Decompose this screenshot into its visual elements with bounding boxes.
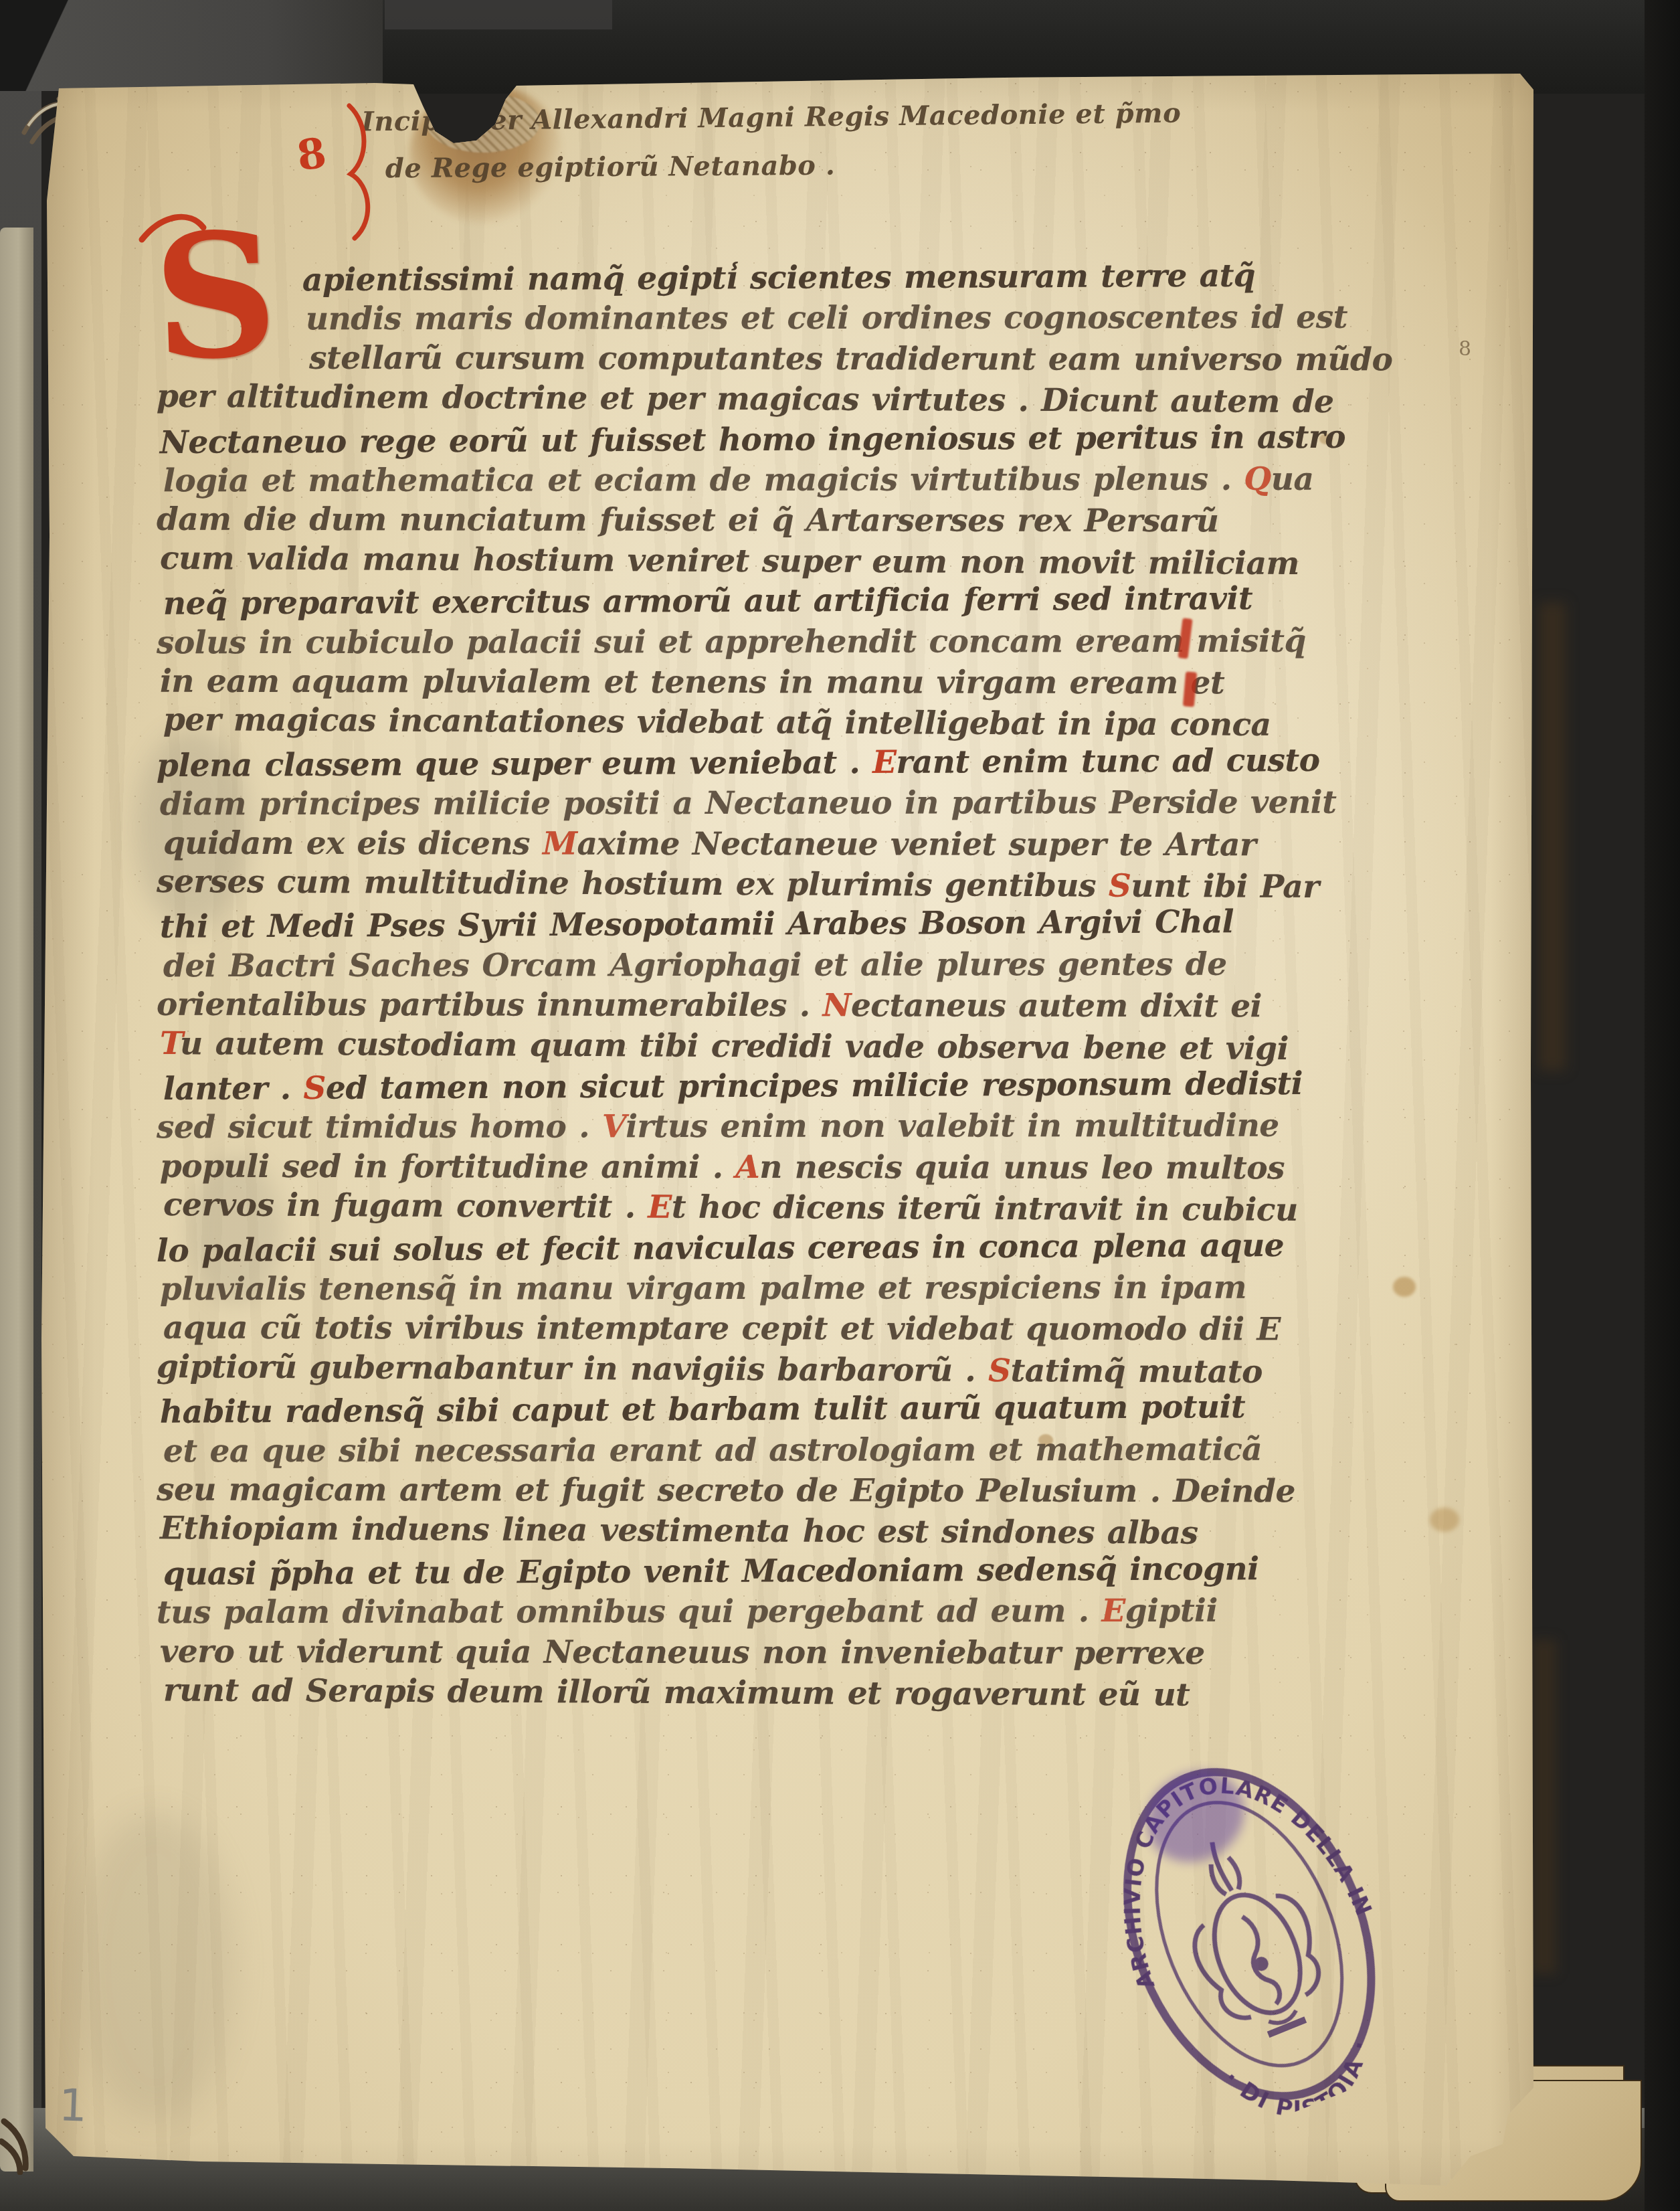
text-line: Ethiopiam induens linea vestimenta hoc e… [160,1510,1198,1552]
fox-spot [1430,1508,1459,1532]
rubricated-letter: M [543,825,577,862]
scanner-background-right [1645,0,1680,2211]
folio-number: 1 [58,2079,88,2131]
incipit-line-2: de Rege egiptiorũ Netanabo . [385,150,836,185]
ink-text: cervos in fugam convertit . [163,1186,648,1225]
ink-text: lanter . [163,1070,304,1108]
scanner-background-patch [385,0,612,29]
ink-text: per altitudinem doctrine et per magicas … [157,378,1334,420]
text-line: sed sicut timidus homo . Virtus enim non… [157,1108,1279,1146]
ink-text: apientissimi namq̃ egipti̾ scientes mens… [302,258,1255,299]
scanned-book-photo: Incip̃ liber Allexandri Magni Regis Mace… [0,0,1680,2211]
rubricated-letter: S [1109,868,1131,905]
text-line: dei Bactri Saches Orcam Agriophagi et al… [163,946,1227,984]
text-line: apientissimi namq̃ egipti̾ scientes mens… [302,258,1255,299]
ink-text: dei Bactri Saches Orcam Agriophagi et al… [163,946,1227,984]
text-line: cum valida manu hostium veniret super eu… [160,540,1299,582]
ink-text: ua [1271,461,1314,498]
rubricated-letter: Q [1244,461,1271,498]
ink-text: vero ut viderunt quia Nectaneuus non inv… [160,1633,1205,1671]
ink-text: per magicas incantationes videbat atq̃ i… [163,701,1271,743]
ink-text: thi et Medi Pses Syrii Mesopotamii Arabe… [160,904,1234,946]
ink-text: et ea que sibi necessaria erant ad astro… [163,1431,1262,1470]
ink-text: ectaneus autem dixit ei [851,988,1262,1025]
text-line: populi sed in fortitudine animi . An nes… [160,1148,1285,1186]
text-line: logia et mathematica et eciam de magicis… [163,461,1314,500]
ink-text: rant enim tunc ad custo [896,742,1319,781]
rubricated-letter: E [648,1189,672,1226]
text-line: Nectaneuo rege eorũ ut fuisset homo inge… [160,418,1345,460]
rubricated-letter: A [735,1149,759,1186]
text-line: habitu radensq̃ sibi caput et barbam tul… [160,1389,1245,1431]
text-line: tus palam divinabat omnibus qui pergeban… [157,1593,1218,1631]
text-line: per altitudinem doctrine et per magicas … [157,378,1334,420]
text-line: plena classem que super eum veniebat . E… [157,742,1320,784]
ink-text: neq̃ preparavit exercitus armorũ aut art… [163,580,1252,622]
ink-text: solus in cubiculo palacii sui et apprehe… [157,622,1306,661]
quire-mark-faint: 8 [1459,337,1471,361]
scanner-shadow-wedge [0,0,80,91]
text-line: pluvialis tenensq̃ in manu virgam palme … [160,1269,1246,1308]
fore-edge-stain [1539,602,1566,1071]
illuminated-initial: S [151,209,280,384]
text-line: seu magicam artem et fugit secreto de Eg… [157,1472,1295,1510]
ink-text: tatimq̃ mutato [1010,1352,1263,1391]
fox-spot [1393,1277,1416,1297]
ink-text: logia et mathematica et eciam de magicis… [163,461,1244,500]
offset-smudge [75,1812,236,2120]
text-line: cervos in fugam convertit . Et hoc dicen… [163,1186,1298,1229]
ink-text: serses cum multitudine hostium ex plurim… [157,863,1109,905]
rubricated-letter: N [822,987,851,1024]
ink-text: quidam ex eis dicens [163,824,543,862]
ink-text: irtus enim non valebit in multitudine [626,1108,1279,1146]
text-line: giptiorũ gubernabantur in navigiis barba… [157,1348,1263,1391]
text-line: thi et Medi Pses Syrii Mesopotamii Arabe… [160,904,1234,946]
rubricated-letter: E [1101,1593,1125,1629]
text-line: aqua cũ totis viribus intemptare cepit e… [163,1310,1281,1348]
ink-text: in eam aquam pluvialem et tenens in manu… [160,663,1224,701]
text-line: Tu autem custodiam quam tibi credidi vad… [160,1025,1289,1067]
ink-text: axime Nectaneue veniet super te Artar [577,825,1256,863]
ink-text: tus palam divinabat omnibus qui pergeban… [157,1593,1102,1631]
ink-text: ed tamen non sicut principes milicie res… [326,1065,1303,1107]
ink-text: stellarũ cursum computantes tradiderunt … [309,340,1392,379]
underlying-page-edge [0,228,33,2172]
ink-text: unt ibi Par [1131,868,1319,905]
ink-text: quasi p̃pha et tu de Egipto venit Macedo… [163,1551,1259,1593]
ink-text: sed sicut timidus homo . [157,1109,602,1146]
ink-text: t hoc dicens iterũ intravit in cubicu [672,1189,1298,1229]
ink-text: diam principes milicie positi a Nectaneu… [160,784,1337,823]
text-line: lo palacii sui solus et fecit naviculas … [157,1227,1284,1269]
text-line: orientalibus partibus innumerabiles . Ne… [157,986,1262,1025]
text-line: quasi p̃pha et tu de Egipto venit Macedo… [163,1551,1259,1593]
text-line: et ea que sibi necessaria erant ad astro… [163,1431,1262,1470]
text-line: serses cum multitudine hostium ex plurim… [157,863,1319,905]
rubricated-letter: S [988,1352,1011,1389]
text-line: vero ut viderunt quia Nectaneuus non inv… [160,1633,1205,1671]
ink-text: n nescis quia unus leo multos [759,1149,1285,1186]
ink-text: seu magicam artem et fugit secreto de Eg… [157,1472,1295,1510]
fore-edge-stain [1532,1640,1556,1974]
text-line: dam die dum nunciatum fuisset ei q̃ Arta… [157,501,1219,539]
ink-text: populi sed in fortitudine animi . [160,1148,735,1185]
ink-text: Nectaneuo rege eorũ ut fuisset homo inge… [160,418,1345,460]
text-line: quidam ex eis dicens Maxime Nectaneue ve… [163,824,1256,863]
text-line: lanter . Sed tamen non sicut principes m… [163,1065,1303,1108]
ink-text: Ethiopiam induens linea vestimenta hoc e… [160,1510,1198,1552]
ink-text: undis maris dominantes et celi ordines c… [306,299,1347,337]
ink-text: dam die dum nunciatum fuisset ei q̃ Arta… [157,501,1219,539]
rubricated-letter: T [160,1025,180,1062]
ink-text: runt ad Serapis deum illorũ maximum et r… [163,1672,1190,1713]
text-line: neq̃ preparavit exercitus armorũ aut art… [163,580,1252,622]
rubricated-letter: E [872,744,897,781]
rubricated-letter: S [303,1070,326,1107]
ink-text: lo palacii sui solus et fecit naviculas … [157,1227,1284,1269]
text-line: in eam aquam pluvialem et tenens in manu… [160,663,1224,701]
ink-text: habitu radensq̃ sibi caput et barbam tul… [160,1389,1245,1431]
ink-text: u autem custodiam quam tibi credidi vade… [180,1025,1289,1067]
ink-text: giptiorũ gubernabantur in navigiis barba… [157,1348,988,1389]
ink-text: aqua cũ totis viribus intemptare cepit e… [163,1310,1281,1348]
text-line: undis maris dominantes et celi ordines c… [306,299,1347,337]
text-line: runt ad Serapis deum illorũ maximum et r… [163,1672,1190,1713]
ink-text: cum valida manu hostium veniret super eu… [160,540,1299,582]
ink-text: plena classem que super eum veniebat . [157,744,872,784]
rubricated-letter: V [602,1109,626,1146]
text-line: solus in cubiculo palacii sui et apprehe… [157,622,1306,661]
ink-text: giptii [1125,1593,1218,1629]
text-line: diam principes milicie positi a Nectaneu… [160,784,1337,823]
text-line: stellarũ cursum computantes tradiderunt … [309,340,1392,379]
text-line: per magicas incantationes videbat atq̃ i… [163,701,1271,743]
ink-text: orientalibus partibus innumerabiles . [157,986,823,1025]
ink-text: pluvialis tenensq̃ in manu virgam palme … [160,1269,1246,1308]
